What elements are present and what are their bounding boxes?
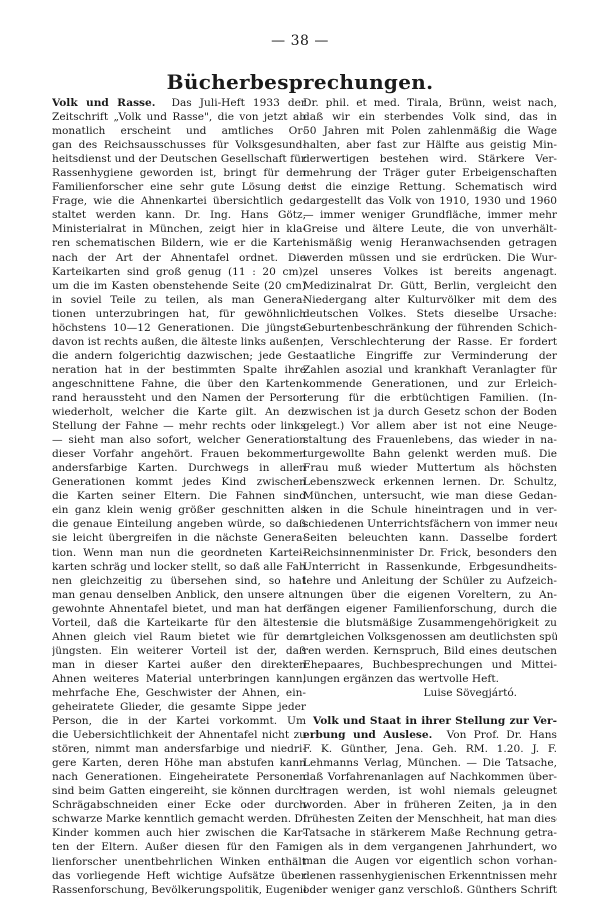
text-line: Ahnen gleich viel Raum bietet wie für de… xyxy=(52,630,306,644)
text-line: ken in die Schule hineintragen und in ve… xyxy=(303,503,557,517)
text-line: dieser Vorfahr angehört. Frauen bekommen xyxy=(52,447,306,461)
review-heading: erbung und Auslese. xyxy=(303,729,432,741)
text-line: Karteikarten sind groß genug (11 : 20 cm… xyxy=(52,265,306,279)
text-line: zel unseres Volkes ist bereits angenagt. xyxy=(303,265,557,279)
text-line: Unterricht in Rassenkunde, Erbgesundheit… xyxy=(303,560,557,574)
text-line: man in dieser Kartei außer den direkten xyxy=(52,658,306,672)
text-line: Ahnen weiteres Material unterbringen kan… xyxy=(52,672,306,686)
paragraph-gap xyxy=(303,700,557,714)
text-line: mehrung der Träger guter Erbeigenschafte… xyxy=(303,166,557,180)
text-line: lienforscher unentbehrlichen Winken enth… xyxy=(52,855,306,869)
text-line: kommende Generationen, und zur Erleich- xyxy=(303,377,557,391)
text-line: Ministerialrat in München, zeigt hier in… xyxy=(52,222,306,236)
text-line: Tatsache in stärkerem Maße Rechnung getr… xyxy=(303,826,557,840)
text-line: karten schräg und locker stellt, so daß … xyxy=(52,560,306,574)
text-line: werden müssen und sie erdrücken. Die Wur… xyxy=(303,251,557,265)
text-line: worden. Aber in früheren Zeiten, ja in d… xyxy=(303,798,557,812)
text-line: andersfarbige Karten. Durchwegs in allen xyxy=(52,461,306,475)
text-line: Vorteil, daß die Karteikarte für den ält… xyxy=(52,616,306,630)
text-line: heitsdienst und der Deutschen Gesellscha… xyxy=(52,152,306,166)
review-heading: Volk und Staat in ihrer Stellung zur Ver… xyxy=(303,714,557,728)
text-line: staltet werden kann. Dr. Ing. Hans Götz, xyxy=(52,208,306,222)
text-line: F. K. Günther, Jena. Geh. RM. 1.20. J. F… xyxy=(303,742,557,756)
text-line: neration hat in der bestimmten Spalte ih… xyxy=(52,363,306,377)
text-line: Reichsinnenminister Dr. Frick, besonders… xyxy=(303,546,557,560)
text-line: tion. Wenn man nun die geordneten Kartei… xyxy=(52,546,306,560)
text-line: gewohnte Ahnentafel bietet, und man hat … xyxy=(52,602,306,616)
text-line: monatlich erscheint und amtliches Or- xyxy=(52,124,306,138)
text-line: frühesten Zeiten der Menschheit, hat man… xyxy=(303,812,557,826)
text-line: nach der Art der Ahnentafel ordnet. Die xyxy=(52,251,306,265)
text-line: Rassenhygiene geworden ist, bringt für d… xyxy=(52,166,306,180)
text-line: gere Karten, deren Höhe man abstufen kan… xyxy=(52,756,306,770)
text-line: rand heraussteht und den Namen der Perso… xyxy=(52,391,306,405)
text-line: daß Vorfahrenanlagen auf Nachkommen über… xyxy=(303,770,557,784)
left-column: Volk und Rasse. Das Juli-Heft 1933 der Z… xyxy=(52,96,306,897)
text-line: Person, die in der Kartei vorkommt. Um xyxy=(52,714,306,728)
right-column: Dr. phil. et med. Tirala, Brünn, weist n… xyxy=(303,96,557,897)
text-line: lungen ergänzen das wertvolle Heft. xyxy=(303,672,557,686)
text-line: fängen eigener Familienforschung, durch … xyxy=(303,602,557,616)
text-line: ren werden. Kernspruch, Bild eines deuts… xyxy=(303,644,557,658)
text-line: Medizinalrat Dr. Gütt, Berlin, vergleich… xyxy=(303,279,557,293)
text-line: Familienforscher eine sehr gute Lösung d… xyxy=(52,180,306,194)
text-line: gan des Reichsausschusses für Volksgesun… xyxy=(52,138,306,152)
text-line: lehre und Anleitung der Schüler zu Aufze… xyxy=(303,574,557,588)
text-line: Greise und ältere Leute, die von unverhä… xyxy=(303,222,557,236)
text-line: Dr. phil. et med. Tirala, Brünn, weist n… xyxy=(303,96,557,110)
text-line: angeschnittene Fahne, die über den Karte… xyxy=(52,377,306,391)
text-line: artgleichen Volksgenossen am deutlichste… xyxy=(303,630,557,644)
text-line: Frau muß wieder Muttertum als höchsten xyxy=(303,461,557,475)
text-line: gen als in dem vergangenen Jahrhundert, … xyxy=(303,840,557,854)
text-line: Ehepaares, Buchbesprechungen und Mittei- xyxy=(303,658,557,672)
text-line: mehrfache Ehe, Geschwister der Ahnen, ei… xyxy=(52,686,306,700)
text-line: 50 Jahren mit Polen zahlenmäßig die Wage xyxy=(303,124,557,138)
text-line: ist die einzige Rettung. Schematisch wir… xyxy=(303,180,557,194)
text-line: tragen werden, ist wohl niemals geleugne… xyxy=(303,784,557,798)
text-line: man genau denselben Anblick, den unsere … xyxy=(52,588,306,602)
text-line: derwertigen bestehen wird. Stärkere Ver- xyxy=(303,152,557,166)
text-line: Schrägabschneiden einer Ecke oder durch xyxy=(52,798,306,812)
review-heading: Volk und Rasse. xyxy=(52,97,155,109)
text-line: sind beim Gatten eingereiht, sie können … xyxy=(52,784,306,798)
page-number: — 38 — xyxy=(0,33,600,49)
text-line: — sieht man also sofort, welcher Generat… xyxy=(52,433,306,447)
text-line: ein ganz klein wenig größer geschnitten … xyxy=(52,503,306,517)
text-line: geheiratete Glieder, die gesamte Sippe j… xyxy=(52,700,306,714)
text-line: nach Generationen. Eingeheiratete Person… xyxy=(52,770,306,784)
text-line: — immer weniger Grundfläche, immer mehr xyxy=(303,208,557,222)
text-line: tionen unterzubringen hat, für gewöhnlic… xyxy=(52,307,306,321)
text-line: zwischen ist ja durch Gesetz schon der B… xyxy=(303,405,557,419)
text-line: deutschen Volkes. Stets dieselbe Ursache… xyxy=(303,307,557,321)
text-line: nen gleichzeitig zu übersehen sind, so h… xyxy=(52,574,306,588)
text-line: Kinder kommen auch hier zwischen die Kar… xyxy=(52,826,306,840)
text-line: man die Augen vor eigentlich schon vorha… xyxy=(303,854,557,868)
text-line: dargestellt das Volk von 1910, 1930 und … xyxy=(303,194,557,208)
text-line: erbung und Auslese. Von Prof. Dr. Hans xyxy=(303,728,557,742)
text-line: schwarze Marke kenntlich gemacht werden.… xyxy=(52,812,306,826)
text-line: staltung des Frauenlebens, das wieder in… xyxy=(303,433,557,447)
text-line: Geburtenbeschränkung der führenden Schic… xyxy=(303,321,557,335)
text-line: stören, nimmt man andersfarbige und nied… xyxy=(52,742,306,756)
text-line: Generationen kommt jedes Kind zwischen xyxy=(52,475,306,489)
text-line: die Uebersichtlichkeit der Ahnentafel ni… xyxy=(52,728,306,742)
text-line: München, untersucht, wie man diese Gedan… xyxy=(303,489,557,503)
text-line: Niedergang alter Kulturvölker mit dem de… xyxy=(303,293,557,307)
text-line: oder weniger ganz verschloß. Günthers Sc… xyxy=(303,883,557,897)
text-line: Zeitschrift „Volk und Rasse", die von je… xyxy=(52,110,306,124)
text-line: davon ist rechts außen, die älteste link… xyxy=(52,335,306,349)
text-line: jüngsten. Ein weiterer Vorteil ist der, … xyxy=(52,644,306,658)
text-line: ten, Verschlechterung der Rasse. Er ford… xyxy=(303,335,557,349)
text-line: höchstens 10—12 Generationen. Die jüngst… xyxy=(52,321,306,335)
text-line: die andern folgerichtig dazwischen; jede… xyxy=(52,349,306,363)
text-line: terung für die erbtüchtigen Familien. (I… xyxy=(303,391,557,405)
text-line: daß wir ein sterbendes Volk sind, das in xyxy=(303,110,557,124)
text-line: Lebenszweck erkennen lernen. Dr. Schultz… xyxy=(303,475,557,489)
text-line: schiedenen Unterrichtsfächern von immer … xyxy=(303,517,557,531)
text-line: wiederholt, welcher die Karte gilt. An d… xyxy=(52,405,306,419)
text-line: Zahlen asozial und krankhaft Veranlagter… xyxy=(303,363,557,377)
text-line: sie leicht übergreifen in die nächste Ge… xyxy=(52,531,306,545)
text-line: sie die blutsmäßige Zusammengehörigkeit … xyxy=(303,616,557,630)
text-line: Stellung der Fahne — mehr rechts oder li… xyxy=(52,419,306,433)
text-line: ren schematischen Bildern, wie er die Ka… xyxy=(52,236,306,250)
text-line: die genaue Einteilung angeben würde, so … xyxy=(52,517,306,531)
text-line: gelegt.) Vor allem aber ist not eine Neu… xyxy=(303,419,557,433)
text-line: turgewollte Bahn gelenkt werden muß. Die xyxy=(303,447,557,461)
review-signature: Luise Sövegjártó. xyxy=(303,686,557,700)
text-line: die Karten seiner Eltern. Die Fahnen sin… xyxy=(52,489,306,503)
text-line: Seiten beleuchten kann. Dasselbe fordert xyxy=(303,531,557,545)
text-line: das vorliegende Heft wichtige Aufsätze ü… xyxy=(52,869,306,883)
text-line: um die im Kasten obenstehende Seite (20 … xyxy=(52,279,306,293)
text-line: nungen über die eigenen Voreltern, zu An… xyxy=(303,588,557,602)
text-line: Volk und Rasse. Das Juli-Heft 1933 der xyxy=(52,96,306,110)
text-line: Lehmanns Verlag, München. — Die Tatsache… xyxy=(303,756,557,770)
text-line: Rassenforschung, Bevölkerungspolitik, Eu… xyxy=(52,883,306,897)
text-line: Frage, wie die Ahnenkartei übersichtlich… xyxy=(52,194,306,208)
text-line: halten, aber fast zur Hälfte aus geistig… xyxy=(303,138,557,152)
section-title: Bücherbesprechungen. xyxy=(0,70,600,94)
text-line: in soviel Teile zu teilen, als man Gener… xyxy=(52,293,306,307)
text-line: ten der Eltern. Außer diesen für den Fam… xyxy=(52,840,306,854)
text-line: staatliche Eingriffe zur Verminderung de… xyxy=(303,349,557,363)
text-line: nismäßig wenig Heranwachsenden getragen xyxy=(303,236,557,250)
text-line: denen rassenhygienischen Erkenntnissen m… xyxy=(303,869,557,883)
